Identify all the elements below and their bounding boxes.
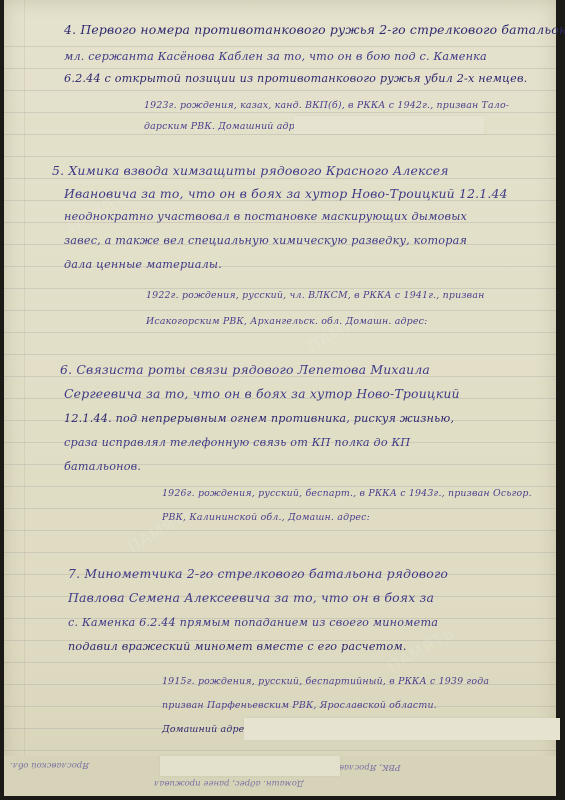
ruled-line	[4, 332, 556, 333]
entry-6-line-3: 12.1.44. под непрерывным огнем противник…	[64, 412, 454, 425]
entry-7-line-2: Павлова Семена Алексеевича за то, что он…	[68, 590, 434, 605]
entry-6-line-2: Сергеевича за то, что он в боях за хутор…	[64, 386, 460, 401]
entry-5-line-3: неоднократно участвовал в постановке мас…	[64, 210, 467, 223]
ruled-line	[4, 552, 556, 553]
ruled-line	[4, 354, 556, 355]
redaction-bar	[160, 756, 340, 776]
entry-6-bio-1: 1926г. рождения, русский, беспарт., в РК…	[162, 488, 532, 499]
entry-4-line-2: мл. сержанта Касёнова Каблен за то, что …	[64, 50, 487, 63]
entry-6-bio-2: РВК, Калининской обл., Домашн. адрес:	[162, 512, 370, 523]
redaction-bar	[294, 116, 484, 134]
document-page: ПАМЯТЬ ПАМЯТЬ ПАМЯТЬ ПАМЯТЬ 4. Первого н…	[4, 0, 556, 796]
entry-4-bio-2: дарским РВК. Домашний адрес:	[144, 121, 309, 132]
ruled-line	[4, 156, 556, 157]
ruled-line	[4, 178, 556, 179]
entry-5-bio-1: 1922г. рождения, русский, чл. ВЛКСМ, в Р…	[146, 290, 484, 301]
reverse-text: Домашн. адрес, ранее проживал	[154, 778, 304, 788]
ruled-line	[4, 310, 556, 311]
entry-5-line-1: 5. Химика взвода химзащиты рядового Крас…	[52, 163, 449, 178]
entry-7-bio-3: Домашний адрес:	[162, 724, 253, 735]
entry-7-line-1: 7. Минометчика 2-го стрелкового батальон…	[68, 566, 448, 581]
ruled-line	[4, 750, 556, 751]
ruled-line	[4, 68, 556, 69]
ruled-line	[4, 46, 556, 47]
reverse-text: Ярославской обл.	[10, 760, 89, 770]
entry-4-bio-1: 1923г. рождения, казах, канд. ВКП(б), в …	[144, 100, 509, 111]
entry-6-line-1: 6. Связиста роты связи рядового Лепетова…	[60, 362, 430, 377]
ruled-line	[4, 486, 556, 487]
entry-5-line-2: Ивановича за то, что он в боях за хутор …	[64, 186, 508, 201]
entry-4-line-3: 6.2.44 с открытой позиции из противотанк…	[64, 72, 527, 85]
folded-strip: Ярославской обл. РВК, Ярослав Домашн. ад…	[4, 756, 556, 796]
entry-7-bio-1: 1915г. рождения, русский, беспартийный, …	[162, 676, 489, 687]
ruled-line	[4, 90, 556, 91]
entry-5-line-5: дала ценные материалы.	[64, 258, 222, 271]
ruled-line	[4, 508, 556, 509]
reverse-text: РВК, Ярослав	[339, 762, 401, 772]
redaction-bar	[244, 718, 560, 740]
entry-5-bio-2: Исакогорским РВК, Архангельск. обл. Дома…	[146, 316, 427, 327]
ruled-line	[4, 530, 556, 531]
entry-6-line-5: батальонов.	[64, 460, 141, 473]
entry-7-bio-2: призван Парфеньевским РВК, Ярославской о…	[162, 700, 437, 711]
entry-4-line-1: 4. Первого номера противотанкового ружья…	[64, 22, 565, 37]
ruled-line	[4, 288, 556, 289]
ruled-line	[4, 134, 556, 135]
entry-6-line-4: сраза исправлял телефонную связь от КП п…	[64, 436, 410, 449]
entry-7-line-4: подавил вражеский миномет вместе с его р…	[68, 640, 407, 653]
ruled-line	[4, 112, 556, 113]
entry-5-line-4: завес, а также вел специальную химическу…	[64, 234, 467, 247]
entry-7-line-3: с. Каменка 6.2.44 прямым попаданием из с…	[68, 616, 438, 629]
ruled-line	[4, 662, 556, 663]
